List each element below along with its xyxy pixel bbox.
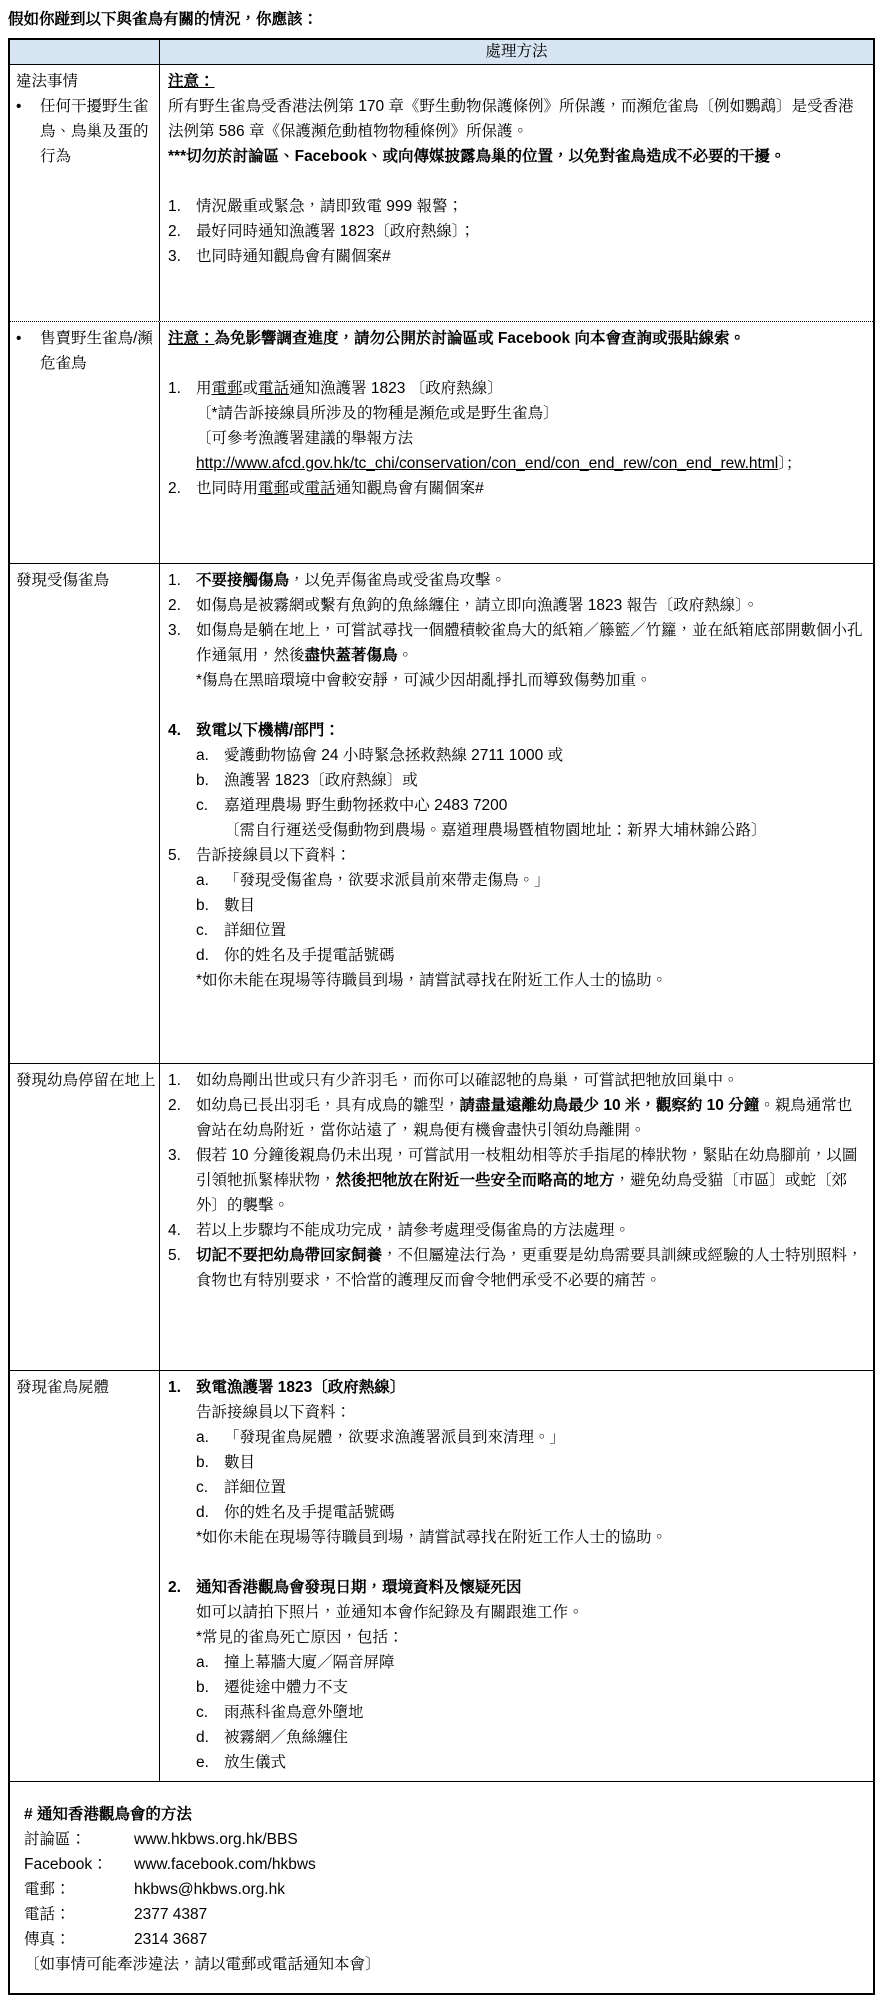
footer-note-section: # 通知香港觀鳥會的方法 討論區：www.hkbws.org.hk/BBSFac… xyxy=(10,1781,873,1993)
text-line: 發現雀鳥屍體 xyxy=(16,1375,157,1400)
text-segment: 盡快蓋著傷鳥 xyxy=(305,647,398,664)
indent-spacer xyxy=(168,918,196,943)
situation-cell-illegal-selling: •售賣野生雀鳥/瀕危雀鳥 xyxy=(10,322,160,563)
list-marker: c. xyxy=(196,793,224,818)
situation-cell-illegal-disturb: 違法事情•任何干擾野生雀鳥、鳥巢及蛋的行為 xyxy=(10,65,160,321)
method-cell-illegal-disturb: 注意：所有野生雀鳥受香港法例第 170 章《野生動物保護條例》所保護，而瀕危雀鳥… xyxy=(160,65,873,321)
indent-spacer xyxy=(168,1500,196,1525)
list-marker: 5. xyxy=(168,843,196,868)
method-cell-illegal-selling: 注意：為免影響調查進度，請勿公開於討論區或 Facebook 向本會查詢或張貼線… xyxy=(160,322,873,563)
text-line: ***切勿於討論區、Facebook、或向傳媒披露鳥巢的位置，以免對雀鳥造成不必… xyxy=(168,144,865,169)
line-content: 致電以下機構/部門： xyxy=(196,718,865,743)
text-line: *常見的雀鳥死亡原因，包括： xyxy=(168,1625,865,1650)
line-content: 發現幼鳥停留在地上 xyxy=(16,1068,157,1093)
line-content: 雨燕科雀鳥意外墮地 xyxy=(224,1700,865,1725)
list-marker: a. xyxy=(196,743,224,768)
indent-spacer xyxy=(168,1600,196,1625)
text-line: 注意： xyxy=(168,69,865,94)
table-header-row: 處理方法 xyxy=(10,40,873,65)
text-line: http://www.afcd.gov.hk/tc_chi/conservati… xyxy=(168,451,865,476)
indent-spacer xyxy=(168,1400,196,1425)
text-line: 1.不要接觸傷鳥，以免弄傷雀鳥或受雀鳥攻擊。 xyxy=(168,568,865,593)
text-segment: 雨燕科雀鳥意外墮地 xyxy=(224,1704,364,1721)
contact-label: Facebook： xyxy=(24,1852,134,1877)
text-line: 2.通知香港觀鳥會發現日期，環境資料及懷疑死因 xyxy=(168,1575,865,1600)
line-content: 〔可參考漁護署建議的舉報方法 xyxy=(196,426,865,451)
indent-spacer xyxy=(168,1475,196,1500)
line-content: 違法事情 xyxy=(16,69,157,94)
text-segment: 不要接觸傷鳥 xyxy=(196,572,289,589)
text-line: 發現幼鳥停留在地上 xyxy=(16,1068,157,1093)
list-marker: 5. xyxy=(168,1243,196,1293)
table-row-dead-bird: 發現雀鳥屍體1.致電漁護署 1823〔政府熱線〕告訴接線員以下資料：a.「發現雀… xyxy=(10,1370,873,1781)
list-marker: 2. xyxy=(168,1575,196,1600)
text-segment: 〔可參考漁護署建議的舉報方法 xyxy=(196,430,413,447)
list-marker: 2. xyxy=(168,476,196,501)
text-segment: 漁護署 1823〔政府熱線〕或 xyxy=(224,772,418,789)
contact-value: 2314 3687 xyxy=(134,1927,859,1952)
footer-remark: 〔如事情可能牽涉違法，請以電郵或電話通知本會〕 xyxy=(24,1952,859,1977)
text-segment: 電郵 xyxy=(258,480,289,497)
line-content: 通知香港觀鳥會發現日期，環境資料及懷疑死因 xyxy=(196,1575,865,1600)
text-segment: 「發現受傷雀鳥，欲要求派員前來帶走傷鳥。」 xyxy=(224,872,550,889)
indent-spacer xyxy=(168,668,196,693)
line-content: 不要接觸傷鳥，以免弄傷雀鳥或受雀鳥攻擊。 xyxy=(196,568,865,593)
list-marker: a. xyxy=(196,1650,224,1675)
line-content: 如幼鳥剛出世或只有少許羽毛，而你可以確認牠的鳥巢，可嘗試把牠放回巢中。 xyxy=(196,1068,865,1093)
contact-label: 電話： xyxy=(24,1902,134,1927)
text-segment: 電郵 xyxy=(212,380,243,397)
line-content: 數目 xyxy=(224,893,865,918)
text-segment: 如幼鳥剛出世或只有少許羽毛，而你可以確認牠的鳥巢，可嘗試把牠放回巢中。 xyxy=(196,1072,739,1089)
text-segment: 通知觀鳥會有關個案# xyxy=(336,480,484,497)
text-segment: 所有野生雀鳥受香港法例第 170 章《野生動物保護條例》所保護，而瀕危雀鳥〔例如… xyxy=(168,98,853,140)
header-cell-situation xyxy=(10,40,160,64)
text-line: 2.最好同時通知漁護署 1823〔政府熱線〕； xyxy=(168,219,865,244)
text-line: a.「發現受傷雀鳥，欲要求派員前來帶走傷鳥。」 xyxy=(168,868,865,893)
line-content: 如傷鳥是躺在地上，可嘗試尋找一個體積較雀鳥大的紙箱／籐籃／竹籮，並在紙箱底部開數… xyxy=(196,618,865,668)
text-segment: 你的姓名及手提電話號碼 xyxy=(224,1504,395,1521)
text-line: 2.如幼鳥已長出羽毛，具有成鳥的雛型，請盡量遠離幼鳥最少 10 米，觀察約 10… xyxy=(168,1093,865,1143)
list-marker: 1. xyxy=(168,1375,196,1400)
list-marker: 3. xyxy=(168,618,196,668)
text-segment: 然後把牠放在附近一些安全而略高的地方 xyxy=(336,1172,615,1189)
blank-line xyxy=(168,693,865,718)
text-line: 4.若以上步驟均不能成功完成，請參考處理受傷雀鳥的方法處理。 xyxy=(168,1218,865,1243)
text-segment: *如你未能在現場等待職員到場，請嘗試尋找在附近工作人士的協助。 xyxy=(196,972,667,989)
text-line: 4.致電以下機構/部門： xyxy=(168,718,865,743)
indent-spacer xyxy=(168,1750,196,1775)
blank-line xyxy=(168,169,865,194)
indent-spacer xyxy=(168,818,196,843)
text-segment: 數目 xyxy=(224,897,255,914)
text-segment: 注意： xyxy=(168,330,215,347)
text-line: d.你的姓名及手提電話號碼 xyxy=(168,943,865,968)
text-line: 注意：為免影響調查進度，請勿公開於討論區或 Facebook 向本會查詢或張貼線… xyxy=(168,326,865,351)
indent-spacer xyxy=(168,1725,196,1750)
indent-spacer xyxy=(168,401,196,426)
text-segment: 為免影響調查進度，請勿公開於討論區或 Facebook 向本會查詢或張貼線索。 xyxy=(215,330,745,347)
footer-heading: # 通知香港觀鳥會的方法 xyxy=(24,1802,859,1827)
line-content: 注意：為免影響調查進度，請勿公開於討論區或 Facebook 向本會查詢或張貼線… xyxy=(168,326,865,351)
list-marker: 3. xyxy=(168,1143,196,1218)
text-line: 5.告訴接線員以下資料： xyxy=(168,843,865,868)
text-line: *如你未能在現場等待職員到場，請嘗試尋找在附近工作人士的協助。 xyxy=(168,968,865,993)
text-line: 3.也同時通知觀鳥會有關個案# xyxy=(168,244,865,269)
line-content: 詳細位置 xyxy=(224,918,865,943)
text-line: 〔*請告訴接線員所涉及的物種是瀕危或是野生雀鳥〕 xyxy=(168,401,865,426)
text-segment: 撞上幕牆大廈／隔音屏障 xyxy=(224,1654,395,1671)
line-content: 愛護動物協會 24 小時緊急拯救熱線 2711 1000 或 xyxy=(224,743,865,768)
line-content: 如可以請拍下照片，並通知本會作紀錄及有關跟進工作。 xyxy=(196,1600,865,1625)
method-cell-fledgling-on-ground: 1.如幼鳥剛出世或只有少許羽毛，而你可以確認牠的鳥巢，可嘗試把牠放回巢中。2.如… xyxy=(160,1064,873,1370)
text-segment: 致電以下機構/部門： xyxy=(196,722,340,739)
text-line: 所有野生雀鳥受香港法例第 170 章《野生動物保護條例》所保護，而瀕危雀鳥〔例如… xyxy=(168,94,865,144)
indent-spacer xyxy=(168,743,196,768)
text-line: 發現受傷雀鳥 xyxy=(16,568,157,593)
contact-row: 傳真：2314 3687 xyxy=(24,1927,859,1952)
text-line: 1.情況嚴重或緊急，請即致電 999 報警； xyxy=(168,194,865,219)
text-line: 3.假若 10 分鐘後親鳥仍未出現，可嘗試用一枝粗幼相等於手指尾的棒狀物，緊貼在… xyxy=(168,1143,865,1218)
list-marker: b. xyxy=(196,1675,224,1700)
list-marker: 1. xyxy=(168,376,196,401)
text-segment: 通知漁護署 1823 〔政府熱線〕 xyxy=(289,380,503,397)
text-line: 2.也同時用電郵或電話通知觀鳥會有關個案# xyxy=(168,476,865,501)
text-segment: 數目 xyxy=(224,1454,255,1471)
list-marker: b. xyxy=(196,768,224,793)
text-line: c.詳細位置 xyxy=(168,918,865,943)
text-segment: ，以免弄傷雀鳥或受雀鳥攻擊。 xyxy=(289,572,506,589)
list-marker: • xyxy=(16,94,40,169)
situation-cell-injured-bird: 發現受傷雀鳥 xyxy=(10,564,160,1063)
list-marker: 1. xyxy=(168,194,196,219)
text-segment: 嘉道理農場 野生動物拯救中心 2483 7200 xyxy=(224,797,507,814)
indent-spacer xyxy=(168,1675,196,1700)
text-segment: 發現幼鳥停留在地上 xyxy=(16,1072,156,1089)
text-segment: 注意： xyxy=(168,73,215,90)
indent-spacer xyxy=(168,868,196,893)
contact-value: 2377 4387 xyxy=(134,1902,859,1927)
table-row-injured-bird: 發現受傷雀鳥1.不要接觸傷鳥，以免弄傷雀鳥或受雀鳥攻擊。2.如傷鳥是被霧網或繫有… xyxy=(10,563,873,1063)
line-content: 「發現雀鳥屍體，欲要求漁護署派員到來清理。」 xyxy=(224,1425,865,1450)
list-marker: d. xyxy=(196,943,224,968)
indent-spacer xyxy=(168,426,196,451)
line-content: 若以上步驟均不能成功完成，請參考處理受傷雀鳥的方法處理。 xyxy=(196,1218,865,1243)
text-line: 1.致電漁護署 1823〔政府熱線〕 xyxy=(168,1375,865,1400)
line-content: 情況嚴重或緊急，請即致電 999 報警； xyxy=(196,194,865,219)
indent-spacer xyxy=(168,768,196,793)
text-segment: 切記不要把幼鳥帶回家飼養 xyxy=(196,1247,382,1264)
text-line: *傷鳥在黑暗環境中會較安靜，可減少因胡亂掙扎而導致傷勢加重。 xyxy=(168,668,865,693)
line-content: 你的姓名及手提電話號碼 xyxy=(224,943,865,968)
situation-cell-fledgling-on-ground: 發現幼鳥停留在地上 xyxy=(10,1064,160,1370)
text-line: 〔需自行運送受傷動物到農場。嘉道理農場暨植物園地址：新界大埔林錦公路〕 xyxy=(168,818,865,843)
line-content: 「發現受傷雀鳥，欲要求派員前來帶走傷鳥。」 xyxy=(224,868,865,893)
indent-spacer xyxy=(168,1450,196,1475)
line-content: 任何干擾野生雀鳥、鳥巢及蛋的行為 xyxy=(40,94,157,169)
line-content: 切記不要把幼鳥帶回家飼養，不但屬違法行為，更重要是幼鳥需要具訓練或經驗的人士特別… xyxy=(196,1243,865,1293)
text-line: d.被霧網／魚絲纏住 xyxy=(168,1725,865,1750)
contact-row: 電郵：hkbws@hkbws.org.hk xyxy=(24,1877,859,1902)
contact-label: 傳真： xyxy=(24,1927,134,1952)
line-content: 數目 xyxy=(224,1450,865,1475)
text-segment: 發現雀鳥屍體 xyxy=(16,1379,109,1396)
text-line: •售賣野生雀鳥/瀕危雀鳥 xyxy=(16,326,157,376)
text-segment: 〕； xyxy=(778,455,801,472)
line-content: 如幼鳥已長出羽毛，具有成鳥的雛型，請盡量遠離幼鳥最少 10 米，觀察約 10 分… xyxy=(196,1093,865,1143)
text-segment: 最好同時通知漁護署 1823〔政府熱線〕； xyxy=(196,223,475,240)
text-line: a.愛護動物協會 24 小時緊急拯救熱線 2711 1000 或 xyxy=(168,743,865,768)
text-line: b.數目 xyxy=(168,1450,865,1475)
list-marker: a. xyxy=(196,868,224,893)
indent-spacer xyxy=(168,793,196,818)
text-segment: 。 xyxy=(398,647,414,664)
text-segment: 情況嚴重或緊急，請即致電 999 報警； xyxy=(196,198,463,215)
text-segment: 通知香港觀鳥會發現日期，環境資料及懷疑死因 xyxy=(196,1579,522,1596)
line-content: 也同時通知觀鳥會有關個案# xyxy=(196,244,865,269)
contact-row: Facebook：www.facebook.com/hkbws xyxy=(24,1852,859,1877)
text-segment: *如你未能在現場等待職員到場，請嘗試尋找在附近工作人士的協助。 xyxy=(196,1529,667,1546)
list-marker: d. xyxy=(196,1500,224,1525)
line-content: http://www.afcd.gov.hk/tc_chi/conservati… xyxy=(196,451,865,476)
blank-line xyxy=(168,1550,865,1575)
text-line: 告訴接線員以下資料： xyxy=(168,1400,865,1425)
line-content: 詳細位置 xyxy=(224,1475,865,1500)
line-content: 發現受傷雀鳥 xyxy=(16,568,157,593)
text-segment: 〔需自行運送受傷動物到農場。嘉道理農場暨植物園地址：新界大埔林錦公路〕 xyxy=(224,822,767,839)
list-marker: c. xyxy=(196,1475,224,1500)
line-content: 嘉道理農場 野生動物拯救中心 2483 7200 xyxy=(224,793,865,818)
contact-label: 電郵： xyxy=(24,1877,134,1902)
text-segment: 致電漁護署 1823〔政府熱線〕 xyxy=(196,1379,405,1396)
line-content: *常見的雀鳥死亡原因，包括： xyxy=(196,1625,865,1650)
line-content: 用電郵或電話通知漁護署 1823 〔政府熱線〕 xyxy=(196,376,865,401)
text-segment: 你的姓名及手提電話號碼 xyxy=(224,947,395,964)
indent-spacer xyxy=(168,1425,196,1450)
list-marker: 2. xyxy=(168,593,196,618)
text-segment: 被霧網／魚絲纏住 xyxy=(224,1729,348,1746)
line-content: 注意： xyxy=(168,69,865,94)
list-marker: 3. xyxy=(168,244,196,269)
text-segment: 「發現雀鳥屍體，欲要求漁護署派員到來清理。」 xyxy=(224,1429,565,1446)
list-marker: • xyxy=(16,326,40,376)
contact-row: 電話：2377 4387 xyxy=(24,1902,859,1927)
table-row-fledgling-on-ground: 發現幼鳥停留在地上1.如幼鳥剛出世或只有少許羽毛，而你可以確認牠的鳥巢，可嘗試把… xyxy=(10,1063,873,1370)
indent-spacer xyxy=(168,1625,196,1650)
text-segment: 任何干擾野生雀鳥、鳥巢及蛋的行為 xyxy=(40,98,149,165)
list-marker: c. xyxy=(196,918,224,943)
text-line: 5.切記不要把幼鳥帶回家飼養，不但屬違法行為，更重要是幼鳥需要具訓練或經驗的人士… xyxy=(168,1243,865,1293)
contact-value: www.hkbws.org.hk/BBS xyxy=(134,1827,859,1852)
list-marker: b. xyxy=(196,893,224,918)
page-title: 假如你踫到以下與雀鳥有關的情況，你應該： xyxy=(0,0,883,38)
text-segment: 請盡量遠離幼鳥最少 10 米，觀察約 10 分鐘 xyxy=(460,1097,760,1114)
text-segment: 〔*請告訴接線員所涉及的物種是瀕危或是野生雀鳥〕 xyxy=(196,405,559,422)
line-content: 告訴接線員以下資料： xyxy=(196,1400,865,1425)
contact-value: www.facebook.com/hkbws xyxy=(134,1852,859,1877)
list-marker: 2. xyxy=(168,219,196,244)
contact-list: 討論區：www.hkbws.org.hk/BBSFacebook：www.fac… xyxy=(24,1827,859,1952)
list-marker: 1. xyxy=(168,1068,196,1093)
indent-spacer xyxy=(168,968,196,993)
line-content: 最好同時通知漁護署 1823〔政府熱線〕； xyxy=(196,219,865,244)
line-content: *如你未能在現場等待職員到場，請嘗試尋找在附近工作人士的協助。 xyxy=(196,968,865,993)
table-body: 違法事情•任何干擾野生雀鳥、鳥巢及蛋的行為注意：所有野生雀鳥受香港法例第 170… xyxy=(10,65,873,1781)
text-line: d.你的姓名及手提電話號碼 xyxy=(168,1500,865,1525)
text-line: b.漁護署 1823〔政府熱線〕或 xyxy=(168,768,865,793)
line-content: 〔*請告訴接線員所涉及的物種是瀕危或是野生雀鳥〕 xyxy=(196,401,865,426)
line-content: 撞上幕牆大廈／隔音屏障 xyxy=(224,1650,865,1675)
indent-spacer xyxy=(168,1525,196,1550)
line-content: ***切勿於討論區、Facebook、或向傳媒披露鳥巢的位置，以免對雀鳥造成不必… xyxy=(168,144,865,169)
line-content: 發現雀鳥屍體 xyxy=(16,1375,157,1400)
line-content: 漁護署 1823〔政府熱線〕或 xyxy=(224,768,865,793)
text-segment: 電話 xyxy=(258,380,289,397)
text-line: c.嘉道理農場 野生動物拯救中心 2483 7200 xyxy=(168,793,865,818)
table-row-illegal-disturb: 違法事情•任何干擾野生雀鳥、鳥巢及蛋的行為注意：所有野生雀鳥受香港法例第 170… xyxy=(10,65,873,321)
text-line: a.「發現雀鳥屍體，欲要求漁護署派員到來清理。」 xyxy=(168,1425,865,1450)
text-line: 1.用電郵或電話通知漁護署 1823 〔政府熱線〕 xyxy=(168,376,865,401)
line-content: 所有野生雀鳥受香港法例第 170 章《野生動物保護條例》所保護，而瀕危雀鳥〔例如… xyxy=(168,94,865,144)
list-marker: 4. xyxy=(168,1218,196,1243)
text-line: e.放生儀式 xyxy=(168,1750,865,1775)
text-segment: 若以上步驟均不能成功完成，請參考處理受傷雀鳥的方法處理。 xyxy=(196,1222,630,1239)
text-line: 違法事情 xyxy=(16,69,157,94)
text-line: 〔可參考漁護署建議的舉報方法 xyxy=(168,426,865,451)
method-cell-dead-bird: 1.致電漁護署 1823〔政府熱線〕告訴接線員以下資料：a.「發現雀鳥屍體，欲要… xyxy=(160,1371,873,1781)
line-content: 假若 10 分鐘後親鳥仍未出現，可嘗試用一枝粗幼相等於手指尾的棒狀物，緊貼在幼鳥… xyxy=(196,1143,865,1218)
bird-situation-table: 處理方法 違法事情•任何干擾野生雀鳥、鳥巢及蛋的行為注意：所有野生雀鳥受香港法例… xyxy=(8,38,875,1995)
text-line: b.數目 xyxy=(168,893,865,918)
contact-label: 討論區： xyxy=(24,1827,134,1852)
text-line: a.撞上幕牆大廈／隔音屏障 xyxy=(168,1650,865,1675)
list-marker: d. xyxy=(196,1725,224,1750)
line-content: *傷鳥在黑暗環境中會較安靜，可減少因胡亂掙扎而導致傷勢加重。 xyxy=(196,668,865,693)
text-segment: 或 xyxy=(289,480,305,497)
line-content: 你的姓名及手提電話號碼 xyxy=(224,1500,865,1525)
line-content: 致電漁護署 1823〔政府熱線〕 xyxy=(196,1375,865,1400)
situation-cell-dead-bird: 發現雀鳥屍體 xyxy=(10,1371,160,1781)
table-row-illegal-selling: •售賣野生雀鳥/瀕危雀鳥注意：為免影響調查進度，請勿公開於討論區或 Facebo… xyxy=(10,321,873,563)
text-segment: ***切勿於討論區、Facebook、或向傳媒披露鳥巢的位置，以免對雀鳥造成不必… xyxy=(168,148,785,165)
text-segment: 放生儀式 xyxy=(224,1754,286,1771)
indent-spacer xyxy=(168,451,196,476)
text-segment: 違法事情 xyxy=(16,73,78,90)
indent-spacer xyxy=(168,1650,196,1675)
text-line: c.詳細位置 xyxy=(168,1475,865,1500)
line-content: 告訴接線員以下資料： xyxy=(196,843,865,868)
text-segment: 也同時通知觀鳥會有關個案# xyxy=(196,248,391,265)
text-segment: 或 xyxy=(243,380,259,397)
list-marker: 1. xyxy=(168,568,196,593)
line-content: 〔需自行運送受傷動物到農場。嘉道理農場暨植物園地址：新界大埔林錦公路〕 xyxy=(224,818,865,843)
text-line: 如可以請拍下照片，並通知本會作紀錄及有關跟進工作。 xyxy=(168,1600,865,1625)
header-cell-method: 處理方法 xyxy=(160,40,873,64)
text-line: *如你未能在現場等待職員到場，請嘗試尋找在附近工作人士的協助。 xyxy=(168,1525,865,1550)
indent-spacer xyxy=(196,818,224,843)
text-segment: 用 xyxy=(196,380,212,397)
text-line: 3.如傷鳥是躺在地上，可嘗試尋找一個體積較雀鳥大的紙箱／籐籃／竹籮，並在紙箱底部… xyxy=(168,618,865,668)
text-segment: 詳細位置 xyxy=(224,922,286,939)
list-marker: a. xyxy=(196,1425,224,1450)
line-content: 如傷鳥是被霧網或繫有魚鉤的魚絲纏住，請立即向漁護署 1823 報告〔政府熱線〕。 xyxy=(196,593,865,618)
list-marker: c. xyxy=(196,1700,224,1725)
line-content: 也同時用電郵或電話通知觀鳥會有關個案# xyxy=(196,476,865,501)
method-cell-injured-bird: 1.不要接觸傷鳥，以免弄傷雀鳥或受雀鳥攻擊。2.如傷鳥是被霧網或繫有魚鉤的魚絲纏… xyxy=(160,564,873,1063)
text-line: b.遷徙途中體力不支 xyxy=(168,1675,865,1700)
indent-spacer xyxy=(168,943,196,968)
contact-value: hkbws@hkbws.org.hk xyxy=(134,1877,859,1902)
text-segment: 發現受傷雀鳥 xyxy=(16,572,109,589)
text-segment: 遷徙途中體力不支 xyxy=(224,1679,348,1696)
text-segment: *常見的雀鳥死亡原因，包括： xyxy=(196,1629,404,1646)
text-segment: 告訴接線員以下資料： xyxy=(196,1404,351,1421)
line-content: 放生儀式 xyxy=(224,1750,865,1775)
indent-spacer xyxy=(168,1700,196,1725)
line-content: 售賣野生雀鳥/瀕危雀鳥 xyxy=(40,326,157,376)
text-segment: 如傷鳥是躺在地上，可嘗試尋找一個體積較雀鳥大的紙箱／籐籃／竹籮，並在紙箱底部開數… xyxy=(196,622,863,664)
list-marker: b. xyxy=(196,1450,224,1475)
blank-line xyxy=(168,351,865,376)
text-segment: 售賣野生雀鳥/瀕危雀鳥 xyxy=(40,330,153,372)
text-segment: 如幼鳥已長出羽毛，具有成鳥的雛型， xyxy=(196,1097,460,1114)
list-marker: 2. xyxy=(168,1093,196,1143)
text-segment: 告訴接線員以下資料： xyxy=(196,847,351,864)
indent-spacer xyxy=(168,893,196,918)
line-content: 遷徙途中體力不支 xyxy=(224,1675,865,1700)
url-link[interactable]: http://www.afcd.gov.hk/tc_chi/conservati… xyxy=(196,455,778,472)
text-segment: 如可以請拍下照片，並通知本會作紀錄及有關跟進工作。 xyxy=(196,1604,584,1621)
text-segment: *傷鳥在黑暗環境中會較安靜，可減少因胡亂掙扎而導致傷勢加重。 xyxy=(196,672,652,689)
line-content: *如你未能在現場等待職員到場，請嘗試尋找在附近工作人士的協助。 xyxy=(196,1525,865,1550)
text-line: 2.如傷鳥是被霧網或繫有魚鉤的魚絲纏住，請立即向漁護署 1823 報告〔政府熱線… xyxy=(168,593,865,618)
text-line: •任何干擾野生雀鳥、鳥巢及蛋的行為 xyxy=(16,94,157,169)
text-line: c.雨燕科雀鳥意外墮地 xyxy=(168,1700,865,1725)
text-segment: 愛護動物協會 24 小時緊急拯救熱線 2711 1000 或 xyxy=(224,747,563,764)
contact-row: 討論區：www.hkbws.org.hk/BBS xyxy=(24,1827,859,1852)
text-segment: 如傷鳥是被霧網或繫有魚鉤的魚絲纏住，請立即向漁護署 1823 報告〔政府熱線〕。 xyxy=(196,597,758,614)
list-marker: e. xyxy=(196,1750,224,1775)
list-marker: 4. xyxy=(168,718,196,743)
line-content: 被霧網／魚絲纏住 xyxy=(224,1725,865,1750)
text-line: 1.如幼鳥剛出世或只有少許羽毛，而你可以確認牠的鳥巢，可嘗試把牠放回巢中。 xyxy=(168,1068,865,1093)
text-segment: 詳細位置 xyxy=(224,1479,286,1496)
text-segment: 也同時用 xyxy=(196,480,258,497)
text-segment: 電話 xyxy=(305,480,336,497)
